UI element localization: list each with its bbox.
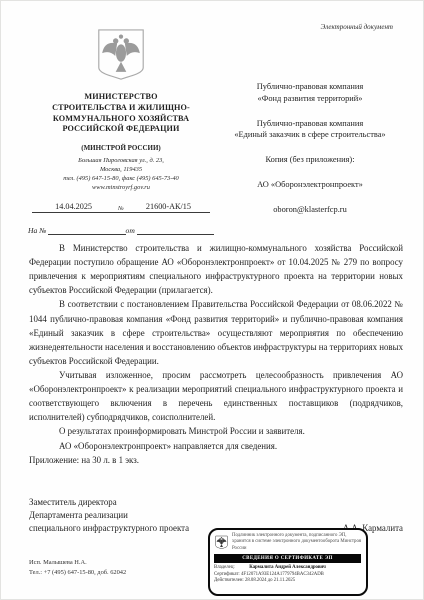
ministry-short-name: (МИНСТРОЙ РОССИИ) [23, 144, 219, 152]
stamp-bar-title: СВЕДЕНИЯ О СЕРТИФИКАТЕ ЭП [214, 554, 361, 563]
signature-stamp: Подлинник электронного документа, подпис… [208, 528, 368, 596]
cert-validity: Действителен: 28.08.2024 до 21.11.2025 [214, 578, 361, 585]
body-paragraph-2: В соответствии с постановлением Правител… [29, 297, 403, 368]
ministry-name: МИНИСТЕРСТВО СТРОИТЕЛЬСТВА И ЖИЛИЩНО- КО… [23, 92, 219, 135]
recipient-email: oboron@klasterfcp.ru [217, 204, 403, 216]
recipients-block: Публично-правовая компания «Фонд развити… [217, 81, 403, 228]
cert-owner: Владелец: Кармалита Андрей Александрович [214, 565, 361, 572]
copy-recipient: АО «Оборонэлектронпроект» [217, 179, 403, 191]
letter-number: 21600-АК/15 [127, 202, 210, 213]
letter-page: Электронный документ МИНИСТЕРСТВО СТРОИТ… [0, 0, 424, 600]
letter-date-number: 14.04.2025 № 21600-АК/15 [32, 202, 210, 213]
body-paragraph-4: О результатах проинформировать Минстрой … [29, 424, 403, 438]
copy-label: Копия (без приложения): [217, 154, 403, 166]
body-paragraph-5: АО «Оборонэлектронпроект» направляется д… [29, 439, 403, 453]
body-paragraph-1: В Министерство строительства и жилищно-к… [29, 241, 403, 297]
cert-number: Сертификат: 4F12071A93E124A1779794BAC342… [214, 572, 361, 579]
executor-block: Исп. Малышева Н.А. Тел.: +7 (495) 647-15… [29, 558, 126, 578]
electronic-document-label: Электронный документ [321, 23, 393, 31]
body-paragraph-3: Учитывая изложенное, просим рассмотреть … [29, 368, 403, 424]
letter-body: В Министерство строительства и жилищно-к… [29, 241, 403, 467]
ref-number-blank [48, 226, 125, 235]
signer-position: Заместитель директора Департамента реали… [29, 496, 189, 535]
executor-phone: Тел.: +7 (495) 647-15-80, доб. 62042 [29, 568, 126, 578]
ref-ot-label: от [126, 226, 137, 235]
letter-date: 14.04.2025 [32, 202, 115, 213]
ref-na-label: На № [28, 226, 48, 235]
ref-date-blank [137, 226, 214, 235]
attachment-line: Приложение: на 30 л. в 1 экз. [29, 453, 403, 467]
number-sign: № [115, 206, 127, 213]
coat-of-arms-icon [92, 27, 150, 83]
stamp-header: Подлинник электронного документа, подпис… [214, 533, 361, 552]
reference-line: На № от [28, 226, 214, 235]
recipient-1: Публично-правовая компания «Фонд развити… [217, 81, 403, 105]
ministry-address: Большая Пироговская ул., д. 23, Москва, … [23, 157, 219, 193]
recipient-2: Публично-правовая компания «Единый заказ… [217, 118, 403, 142]
sender-header: МИНИСТЕРСТВО СТРОИТЕЛЬСТВА И ЖИЛИЩНО- КО… [23, 27, 219, 235]
executor-name: Исп. Малышева Н.А. [29, 558, 126, 568]
stamp-emblem-icon [214, 534, 229, 551]
stamp-notice: Подлинник электронного документа, подпис… [232, 533, 361, 552]
